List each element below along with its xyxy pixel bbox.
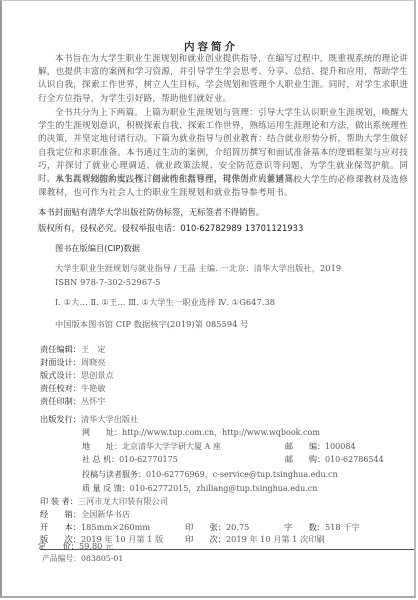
staff-value: 思创景点 <box>81 370 114 380</box>
staff-row-editor: 责任编辑：王 定 <box>40 343 106 355</box>
summary-title: 内容简介 <box>2 39 418 54</box>
publisher-label: 出版发行： <box>40 414 81 424</box>
reader-service-row: 投稿与读者服务：010-62776969，c-service@tup.tsing… <box>82 469 338 481</box>
product-code: 产品编号：083805-01 <box>42 553 123 564</box>
publisher-name: 清华大学出版社 <box>81 414 138 424</box>
format-value: 185mm×260mm <box>81 522 150 532</box>
printing-label: 印 次： <box>185 533 226 545</box>
website-label: 网 址： <box>82 427 122 439</box>
postcode-row: 邮 编：100084 <box>285 441 356 453</box>
mail-order-label: 邮 购： <box>285 454 325 466</box>
address-row: 地 址：北京清华大学学研大厦 A 座 <box>82 441 221 453</box>
price-label: 定 价： <box>38 540 79 552</box>
words-label: 字 数： <box>284 521 325 533</box>
printing-row: 印 次：2019 年 10 月第 1 次印刷 <box>185 533 325 546</box>
sheets-label: 印 张： <box>185 521 226 533</box>
printer-row: 印 装 者：三河市龙大印装有限公司 <box>40 495 168 508</box>
cip-classification: Ⅰ. ①大… Ⅱ. ①王… Ⅲ. ①大学生一职业选择 Ⅳ. ①G647.38 <box>55 297 275 308</box>
printer-value: 三河市龙大印装有限公司 <box>78 496 168 506</box>
quality-feedback-row: 质 量 反 馈：010-62772015，zhiliang@tup.tsingh… <box>82 483 317 495</box>
cip-isbn: ISBN 978-7-302-52967-5 <box>55 277 161 287</box>
website-value: http://www.tup.com.cn，http://www.wqbook.… <box>122 428 320 437</box>
price-value: 59.80 元 <box>79 541 113 551</box>
copyright-page: 内容简介 本书旨在为大学生职业生涯规划和就业创业提供指导，在编写过程中，既重视系… <box>0 0 416 598</box>
cip-record: 大学生职业生涯规划与就业指导 / 王晶 主编. 一北京：清华大学出版社，2019 <box>55 263 341 274</box>
format-label: 开 本： <box>40 521 81 533</box>
staff-label: 责任校对： <box>40 383 81 393</box>
postcode-value: 100084 <box>325 442 356 451</box>
staff-row-printing-supervisor: 责任印制：丛怀宇 <box>40 395 106 407</box>
switchboard-value: 010-62770175 <box>119 455 178 464</box>
address-value: 北京清华大学学研大厦 A 座 <box>122 442 221 451</box>
price-row-visible: 定 价：59.80 元 <box>38 540 113 553</box>
distributor-label: 经 销： <box>40 508 81 520</box>
cip-heading: 图书在版编目(CIP)数据 <box>55 243 140 254</box>
anti-counterfeit-notice: 本书封面贴有清华大学出版社防伪标签，无标签者不得销售。 <box>38 206 264 219</box>
address-label: 地 址： <box>82 441 122 453</box>
distributor-value: 全国新华书店 <box>81 509 130 519</box>
mail-order-value: 010-62786544 <box>325 455 384 464</box>
staff-value: 王 定 <box>81 344 106 354</box>
sheets-value: 20.75 <box>226 522 249 532</box>
staff-row-cover-design: 封面设计：周晓亮 <box>40 356 106 368</box>
staff-label: 封面设计： <box>40 357 81 367</box>
mail-order-row: 邮 购：010-62786544 <box>285 454 384 466</box>
website-row: 网 址：http://www.tup.com.cn，http://www.wqb… <box>82 427 320 439</box>
staff-value: 牛艳敏 <box>81 383 106 393</box>
switchboard-label: 社 总 机： <box>82 454 119 466</box>
staff-value: 周晓亮 <box>81 357 106 367</box>
printing-value: 2019 年 10 月第 1 次印刷 <box>226 534 325 544</box>
summary-paragraph-3: 本书具有较强的实践性、阅读性和指导性，可作为广大普通高校大学生的必修课教材及选修… <box>38 174 408 200</box>
staff-label: 版式设计： <box>40 370 81 380</box>
cip-approval: 中国版本图书馆 CIP 数据核字(2019)第 085594 号 <box>55 319 249 330</box>
reader-service-label: 投稿与读者服务： <box>82 469 146 481</box>
postcode-label: 邮 编： <box>285 441 325 453</box>
distributor-row: 经 销：全国新华书店 <box>40 508 130 521</box>
printer-label: 印 装 者： <box>40 495 78 507</box>
switchboard-row: 社 总 机：010-62770175 <box>82 454 178 466</box>
summary-paragraph-1: 本书旨在为大学生职业生涯规划和就业创业提供指导，在编写过程中，既重视系统的理论讲… <box>38 53 408 106</box>
reader-service-value: 010-62776969，c-service@tup.tsinghua.edu.… <box>146 470 338 479</box>
staff-value: 丛怀宇 <box>81 396 106 406</box>
copyright-notice: 版权所有，侵权必究。侵权举报电话：010-62782989 1370112193… <box>38 222 303 235</box>
quality-feedback-value: 010-62772015，zhiliang@tup.tsinghua.edu.c… <box>130 484 318 493</box>
staff-label: 责任印制： <box>40 396 81 406</box>
staff-row-proofreader: 责任校对：牛艳敏 <box>40 382 106 394</box>
staff-label: 责任编辑： <box>40 344 81 354</box>
words-value: 518 千字 <box>325 522 360 532</box>
staff-row-layout-design: 版式设计：思创景点 <box>40 369 114 381</box>
publisher-row: 出版发行：清华大学出版社 <box>40 413 138 425</box>
quality-feedback-label: 质 量 反 馈： <box>82 483 130 495</box>
